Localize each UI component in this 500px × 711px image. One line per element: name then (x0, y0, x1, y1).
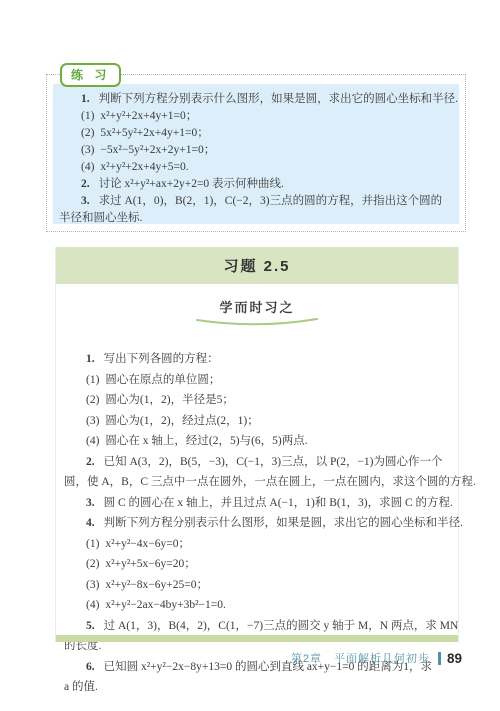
problem-number: (4) (86, 431, 99, 452)
practice-box: 1.判断下列方程分别表示什么图形，如果是圆，求出它的圆心坐标和半径. (1)x²… (46, 74, 466, 232)
practice-lines: 1.判断下列方程分别表示什么图形，如果是圆，求出它的圆心坐标和半径. (1)x²… (59, 91, 449, 227)
problem-line: 4.判断下列方程分别表示什么图形，如果是圆，求出它的圆心坐标和半径. (64, 513, 450, 534)
problem-text: 已知 A(3，2)，B(5，−3)，C(−1，3)三点，以 P(2，−1)为圆心… (104, 456, 443, 468)
problem-line: 2.讨论 x²+y²+ax+2y+2=0 表示何种曲线. (59, 176, 449, 193)
problem-line: (2)5x²+5y²+2x+4y+1=0； (59, 125, 449, 142)
exercise-title-band: 习题 2.5 (56, 247, 458, 284)
problem-line: 3.求过 A(1，0)，B(2，1)，C(−2，3)三点的圆的方程，并指出这个圆… (59, 193, 449, 210)
problem-number: (4) (81, 159, 94, 176)
exercise-subtitle-block: 学而时习之 (56, 297, 458, 337)
problem-line: (1)x²+y²−4x−6y=0； (64, 534, 450, 555)
problem-line: 圆，使 A，B，C 三点中一点在圆外，一点在圆上，一点在圆内，求这个圆的方程. (64, 472, 450, 493)
problem-line: (3)圆心为(1，2)，经过点(2，1)； (64, 411, 450, 432)
problem-line: 半径和圆心坐标. (59, 210, 449, 227)
problem-number: (2) (86, 554, 99, 575)
problem-number: (2) (81, 125, 94, 142)
problem-number: 2. (81, 176, 90, 193)
problem-text: 讨论 x²+y²+ax+2y+2=0 表示何种曲线. (99, 178, 284, 190)
problem-number: 3. (81, 193, 90, 210)
chapter-label: 第2章 平面解析几何初步 (291, 650, 430, 666)
problem-number: (3) (81, 142, 94, 159)
problem-line: 1.写出下列各圆的方程： (64, 349, 450, 370)
problem-text: 圆 C 的圆心在 x 轴上，并且过点 A(−1，1)和 B(1，3)，求圆 C … (104, 497, 453, 509)
problem-text: 圆，使 A，B，C 三点中一点在圆外，一点在圆上，一点在圆内，求这个圆的方程. (64, 476, 476, 488)
problem-text: −5x²−5y²+2x+2y+1=0； (100, 144, 215, 156)
practice-label: 练 习 (60, 63, 121, 87)
problem-text: 圆心为(1，2)，半径是5； (105, 394, 233, 406)
problem-line: (4)圆心在 x 轴上，经过(2，5)与(6，5)两点. (64, 431, 450, 452)
problem-line: 5.过 A(1，3)，B(4，2)，C(1，−7)三点的圆交 y 轴于 M，N … (64, 616, 450, 637)
problem-number: (4) (86, 595, 99, 616)
problem-text: 5x²+5y²+2x+4y+1=0； (100, 127, 208, 139)
problem-text: x²+y²−8x−6y+25=0； (105, 579, 208, 591)
problem-line: 3.圆 C 的圆心在 x 轴上，并且过点 A(−1，1)和 B(1，3)，求圆 … (64, 493, 450, 514)
problem-number: (2) (86, 390, 99, 411)
problem-number: 6. (86, 657, 95, 678)
problem-text: 圆心在原点的单位圆； (105, 374, 220, 386)
page-number: 89 (447, 651, 462, 666)
problem-number: 1. (81, 91, 90, 108)
problem-text: x²+y²−2ax−4by+3b²−1=0. (105, 599, 226, 611)
problem-line: (2)x²+y²+5x−6y=20； (64, 554, 450, 575)
problem-line: (1)圆心在原点的单位圆； (64, 370, 450, 391)
problem-text: 半径和圆心坐标. (59, 212, 142, 224)
textbook-page: 1.判断下列方程分别表示什么图形，如果是圆，求出它的圆心坐标和半径. (1)x²… (0, 0, 500, 711)
problem-text: x²+y²−4x−6y=0； (105, 538, 190, 550)
problem-number: 2. (86, 452, 95, 473)
exercise-title: 习题 2.5 (223, 255, 290, 276)
problem-number: (1) (81, 108, 94, 125)
problem-text: x²+y²+2x+4y+1=0； (100, 110, 197, 122)
page-footer: 第2章 平面解析几何初步 89 (291, 650, 462, 666)
problem-number: 3. (86, 493, 95, 514)
problem-text: 圆心在 x 轴上，经过(2，5)与(6，5)两点. (105, 435, 307, 447)
problem-line: (1)x²+y²+2x+4y+1=0； (59, 108, 449, 125)
problem-text: 判断下列方程分别表示什么图形，如果是圆，求出它的圆心坐标和半径. (104, 517, 463, 529)
problem-line: 1.判断下列方程分别表示什么图形，如果是圆，求出它的圆心坐标和半径. (59, 91, 449, 108)
problem-number: (3) (86, 411, 99, 432)
problem-text: 求过 A(1，0)，B(2，1)，C(−2，3)三点的圆的方程，并指出这个圆的 (99, 195, 442, 207)
problem-number: (1) (86, 534, 99, 555)
problem-text: 写出下列各圆的方程： (104, 353, 219, 365)
problem-text: a 的值. (64, 681, 98, 693)
problem-number: (3) (86, 575, 99, 596)
problem-text: 圆心为(1，2)，经过点(2，1)； (105, 415, 258, 427)
problem-line: a 的值. (64, 677, 450, 698)
problem-line: (4)x²+y²+2x+4y+5=0. (59, 159, 449, 176)
problem-text: 判断下列方程分别表示什么图形，如果是圆，求出它的圆心坐标和半径. (99, 93, 458, 105)
problem-line: (2)圆心为(1，2)，半径是5； (64, 390, 450, 411)
problem-line: (3)x²+y²−8x−6y+25=0； (64, 575, 450, 596)
problem-text: x²+y²+2x+4y+5=0. (100, 161, 188, 173)
footer-divider (438, 652, 441, 665)
problem-number: 4. (86, 513, 95, 534)
exercise-bottom-bar (56, 635, 458, 642)
problem-line: (3)−5x²−5y²+2x+2y+1=0； (59, 142, 449, 159)
problem-line: (4)x²+y²−2ax−4by+3b²−1=0. (64, 595, 450, 616)
problem-text: x²+y²+5x−6y=20； (105, 558, 195, 570)
problem-number: 1. (86, 349, 95, 370)
exercise-subtitle: 学而时习之 (219, 297, 294, 316)
exercise-box: 习题 2.5 学而时习之 1.写出下列各圆的方程： (1)圆心在原点的单位圆； … (55, 247, 459, 642)
problem-number: 5. (86, 616, 95, 637)
exercise-lines: 1.写出下列各圆的方程： (1)圆心在原点的单位圆； (2)圆心为(1，2)，半… (64, 349, 450, 698)
problem-number: (1) (86, 370, 99, 391)
swoosh-underline-icon (193, 317, 321, 327)
practice-body: 1.判断下列方程分别表示什么图形，如果是圆，求出它的圆心坐标和半径. (1)x²… (53, 84, 459, 224)
problem-line: 2.已知 A(3，2)，B(5，−3)，C(−1，3)三点，以 P(2，−1)为… (64, 452, 450, 473)
problem-text: 过 A(1，3)，B(4，2)，C(1，−7)三点的圆交 y 轴于 M，N 两点… (104, 620, 459, 632)
